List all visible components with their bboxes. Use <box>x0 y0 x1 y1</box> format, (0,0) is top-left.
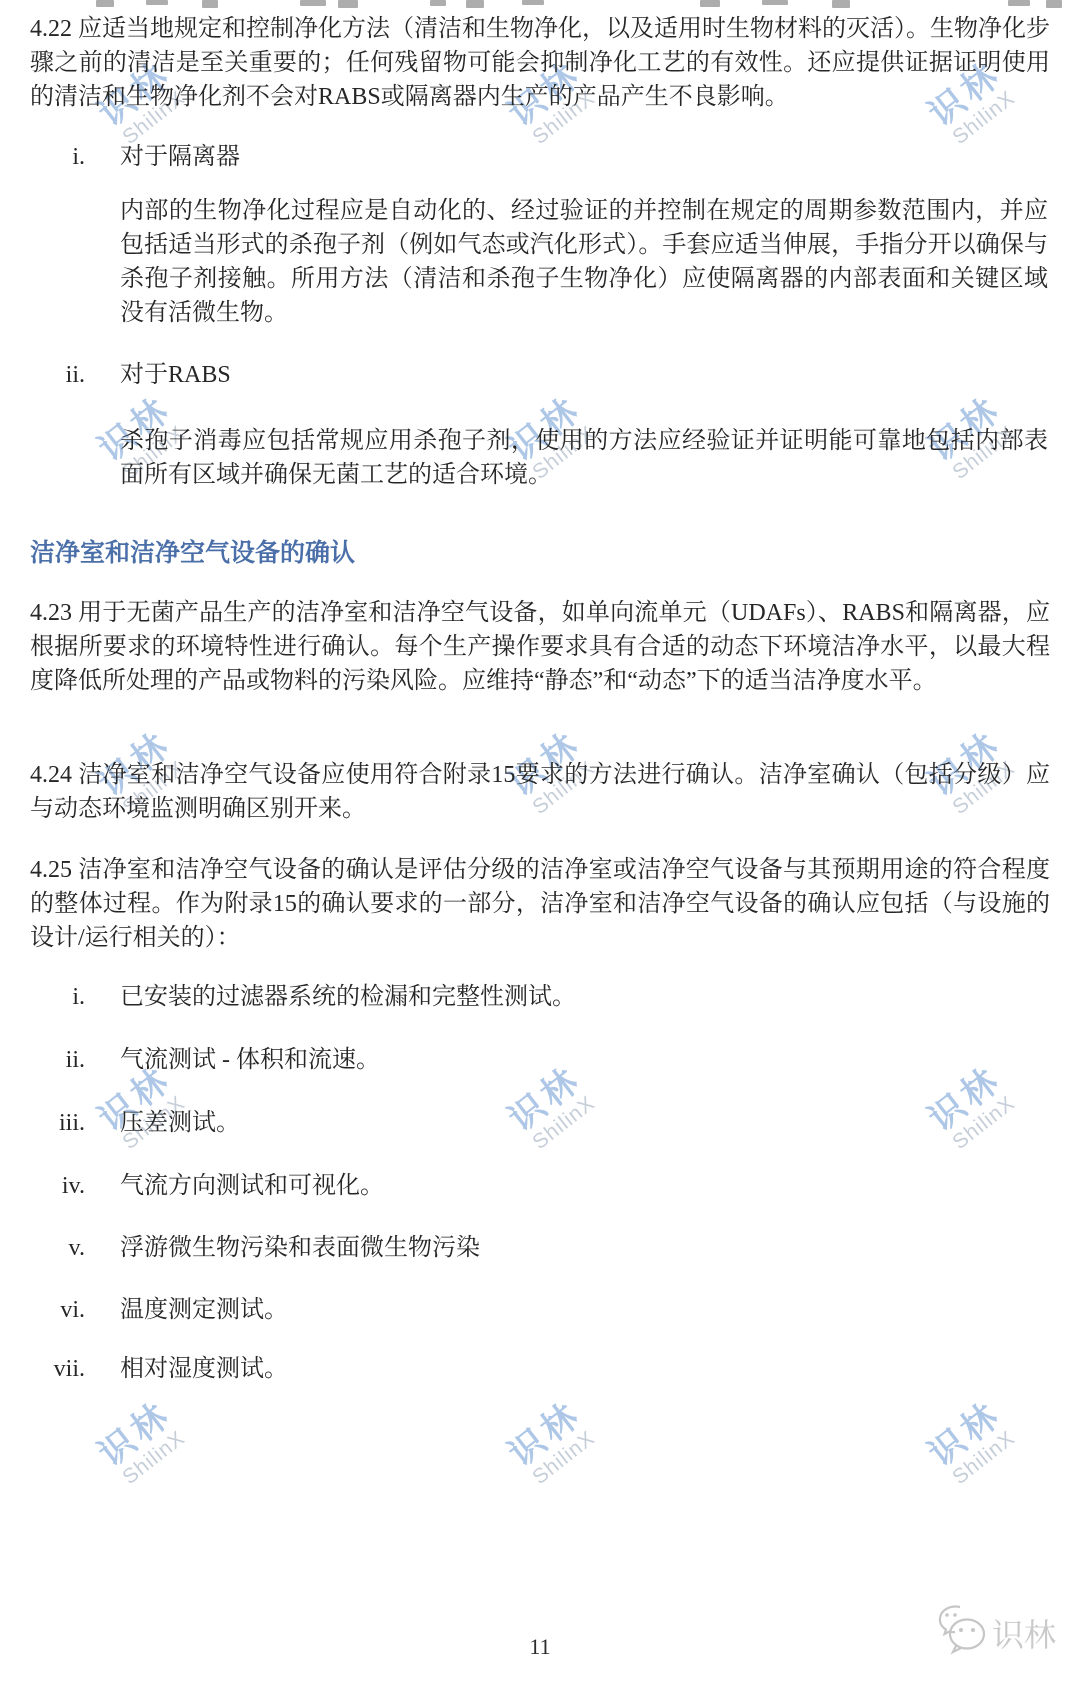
qual-list-item: v. 浮游微生物污染和表面微生物污染 <box>30 1231 1050 1265</box>
paragraph-4-22: 4.22 应适当地规定和控制净化方法（清洁和生物净化，以及适用时生物材料的灭活）… <box>30 12 1050 114</box>
list-item-text: 温度测定测试。 <box>120 1293 288 1327</box>
list-item-text: 压差测试。 <box>120 1106 240 1140</box>
list-item-number: iv. <box>30 1169 85 1203</box>
list-item-title: 对于隔离器 <box>120 140 240 174</box>
list-item-number: vii. <box>30 1352 85 1386</box>
qual-list-item: iv. 气流方向测试和可视化。 <box>30 1169 1050 1203</box>
list-item-title: 对于RABS <box>120 358 231 392</box>
list-item-rabs: ii. 对于RABS <box>30 358 1050 392</box>
qual-list-item: ii. 气流测试 - 体积和流速。 <box>30 1043 1050 1077</box>
rabs-body: 杀孢子消毒应包括常规应用杀孢子剂，使用的方法应经验证并证明能可靠地包括内部表面所… <box>120 424 1048 492</box>
isolators-body: 内部的生物净化过程应是自动化的、经过验证的并控制在规定的周期参数范围内，并应包括… <box>120 194 1048 330</box>
list-item-number: iii. <box>30 1106 85 1140</box>
list-item-text: 气流方向测试和可视化。 <box>120 1169 384 1203</box>
list-item-number: ii. <box>30 1043 85 1077</box>
clipped-text-artifact <box>0 0 1080 12</box>
watermark: 识林ShilinX <box>67 1372 213 1507</box>
list-item-number: v. <box>30 1231 85 1265</box>
list-item-number: i. <box>30 140 85 174</box>
watermark-cn: 识林 <box>477 1372 610 1491</box>
watermark-en: ShilinX <box>506 1409 623 1508</box>
watermark: 识林ShilinX <box>897 1372 1043 1507</box>
list-item-isolators: i. 对于隔离器 <box>30 140 1050 174</box>
list-item-text: 浮游微生物污染和表面微生物污染 <box>120 1231 480 1265</box>
list-item-text: 已安装的过滤器系统的检漏和完整性测试。 <box>120 980 576 1014</box>
list-item-number: vi. <box>30 1293 85 1327</box>
paragraph-4-23: 4.23 用于无菌产品生产的洁净室和洁净空气设备，如单向流单元（UDAFs）、R… <box>30 596 1050 698</box>
list-item-text: 相对湿度测试。 <box>120 1352 288 1386</box>
watermark: 识林ShilinX <box>477 1372 623 1507</box>
list-item-number: i. <box>30 980 85 1014</box>
qual-list-item: i. 已安装的过滤器系统的检漏和完整性测试。 <box>30 980 1050 1014</box>
list-item-text: 气流测试 - 体积和流速。 <box>120 1043 380 1077</box>
watermark-cn: 识林 <box>67 1372 200 1491</box>
qual-list-item: vi. 温度测定测试。 <box>30 1293 1050 1327</box>
watermark-cn: 识林 <box>897 1372 1030 1491</box>
qual-list-item: iii. 压差测试。 <box>30 1106 1050 1140</box>
watermark-en: ShilinX <box>926 1409 1043 1508</box>
watermark-en: ShilinX <box>96 1409 213 1508</box>
qual-list-item: vii. 相对湿度测试。 <box>30 1352 1050 1386</box>
page-number: 11 <box>0 1634 1080 1660</box>
document-page: 识林ShilinX 识林ShilinX 识林ShilinX 识林ShilinX … <box>0 0 1080 1682</box>
paragraph-4-25: 4.25 洁净室和洁净空气设备的确认是评估分级的洁净室或洁净空气设备与其预期用途… <box>30 853 1050 955</box>
list-item-number: ii. <box>30 358 85 392</box>
section-heading: 洁净室和洁净空气设备的确认 <box>30 536 1050 570</box>
paragraph-4-24: 4.24 洁净室和洁净空气设备应使用符合附录15要求的方法进行确认。洁净室确认（… <box>30 758 1050 826</box>
